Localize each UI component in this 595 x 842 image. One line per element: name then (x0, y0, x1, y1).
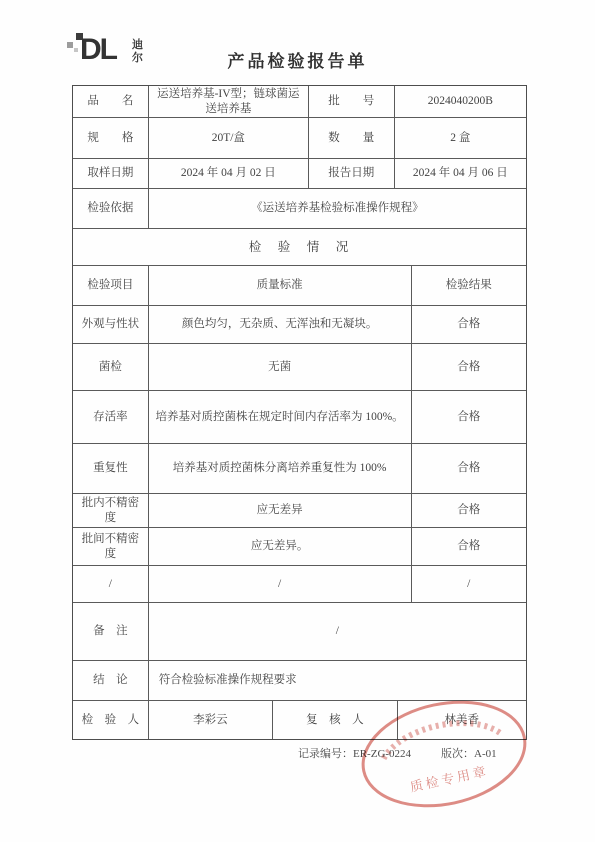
field-value-basis: 《运送培养基检验标准操作规程》 (149, 189, 526, 228)
item-standard: 无菌 (149, 344, 412, 390)
section-title: 检 验 情 况 (73, 229, 526, 265)
item-standard: 应无差异 (149, 494, 412, 527)
version-number: 版次：A-01 (441, 745, 497, 761)
column-header-result: 检验结果 (412, 266, 527, 305)
field-label-basis: 检验依据 (73, 189, 149, 228)
item-standard: 应无差异。 (149, 528, 412, 565)
field-label-spec: 规 格 (73, 118, 149, 158)
field-label-conclusion: 结 论 (73, 661, 149, 700)
inspection-report-page: DL 迪 尔 产品检验报告单 品 名 运送培养基-IV型；链球菌运送培养基 批 … (0, 0, 595, 842)
item-name: 菌检 (73, 344, 149, 390)
item-result: / (412, 566, 527, 602)
item-name: 批间不精密度 (73, 528, 149, 565)
item-name: 外观与性状 (73, 306, 149, 343)
item-name: 存活率 (73, 391, 149, 443)
item-result: 合格 (412, 494, 527, 527)
field-label-inspector: 检 验 人 (73, 701, 149, 739)
item-result: 合格 (412, 306, 527, 343)
signature-reviewer: 林美香 (398, 701, 526, 739)
table-row-appearance: 外观与性状 颜色均匀，无杂质、无浑浊和无凝块。 合格 (73, 306, 526, 344)
item-standard: / (149, 566, 412, 602)
table-row-within-batch: 批内不精密度 应无差异 合格 (73, 494, 526, 528)
table-row-section-title: 检 验 情 况 (73, 229, 526, 266)
table-row-basis: 检验依据 《运送培养基检验标准操作规程》 (73, 189, 526, 229)
table-row-dates: 取样日期 2024 年 04 月 02 日 报告日期 2024 年 04 月 0… (73, 159, 526, 189)
item-name: / (73, 566, 149, 602)
table-row-column-headers: 检验项目 质量标准 检验结果 (73, 266, 526, 306)
field-label-report-date: 报告日期 (309, 159, 395, 188)
table-row-spec: 规 格 20T/盒 数 量 2 盒 (73, 118, 526, 159)
table-row-bacteria: 菌检 无菌 合格 (73, 344, 526, 391)
table-row-repeatability: 重复性 培养基对质控菌株分离培养重复性为 100% 合格 (73, 444, 526, 494)
item-result: 合格 (412, 344, 527, 390)
field-value-quantity: 2 盒 (395, 118, 526, 158)
table-row-product: 品 名 运送培养基-IV型；链球菌运送培养基 批 号 2024040200B (73, 86, 526, 118)
field-label-reviewer: 复 核 人 (273, 701, 397, 739)
stamp-text: 质检专用章 (409, 763, 490, 794)
column-header-standard: 质量标准 (149, 266, 412, 305)
table-row-empty: / / / (73, 566, 526, 603)
field-label-batch: 批 号 (309, 86, 395, 117)
field-value-report-date: 2024 年 04 月 06 日 (395, 159, 526, 188)
field-value-product: 运送培养基-IV型；链球菌运送培养基 (149, 86, 309, 117)
field-value-sampling-date: 2024 年 04 月 02 日 (149, 159, 309, 188)
field-label-product: 品 名 (73, 86, 149, 117)
record-number: 记录编号：ER-ZG-0224 (298, 745, 411, 761)
signature-inspector: 李彩云 (149, 701, 273, 739)
table-row-conclusion: 结 论 符合检验标准操作规程要求 (73, 661, 526, 701)
page-title: 产品检验报告单 (0, 47, 595, 72)
table-row-signatures: 检 验 人 李彩云 复 核 人 林美香 (73, 701, 526, 739)
table-row-between-batch: 批间不精密度 应无差异。 合格 (73, 528, 526, 566)
field-label-quantity: 数 量 (309, 118, 395, 158)
document-footer: 记录编号：ER-ZG-0224 版次：A-01 (298, 745, 497, 761)
item-standard: 培养基对质控菌株分离培养重复性为 100% (149, 444, 412, 493)
table-row-remark: 备 注 / (73, 603, 526, 661)
item-standard: 颜色均匀，无杂质、无浑浊和无凝块。 (149, 306, 412, 343)
field-label-remark: 备 注 (73, 603, 149, 660)
field-value-spec: 20T/盒 (149, 118, 309, 158)
item-name: 重复性 (73, 444, 149, 493)
field-value-remark: / (149, 603, 526, 660)
item-name: 批内不精密度 (73, 494, 149, 527)
field-value-conclusion: 符合检验标准操作规程要求 (149, 661, 526, 700)
field-value-batch: 2024040200B (395, 86, 526, 117)
report-table: 品 名 运送培养基-IV型；链球菌运送培养基 批 号 2024040200B 规… (72, 85, 527, 740)
table-row-survival: 存活率 培养基对质控菌株在规定时间内存活率为 100%。 合格 (73, 391, 526, 444)
item-result: 合格 (412, 391, 527, 443)
item-result: 合格 (412, 444, 527, 493)
item-result: 合格 (412, 528, 527, 565)
item-standard: 培养基对质控菌株在规定时间内存活率为 100%。 (149, 391, 412, 443)
field-label-sampling-date: 取样日期 (73, 159, 149, 188)
column-header-item: 检验项目 (73, 266, 149, 305)
